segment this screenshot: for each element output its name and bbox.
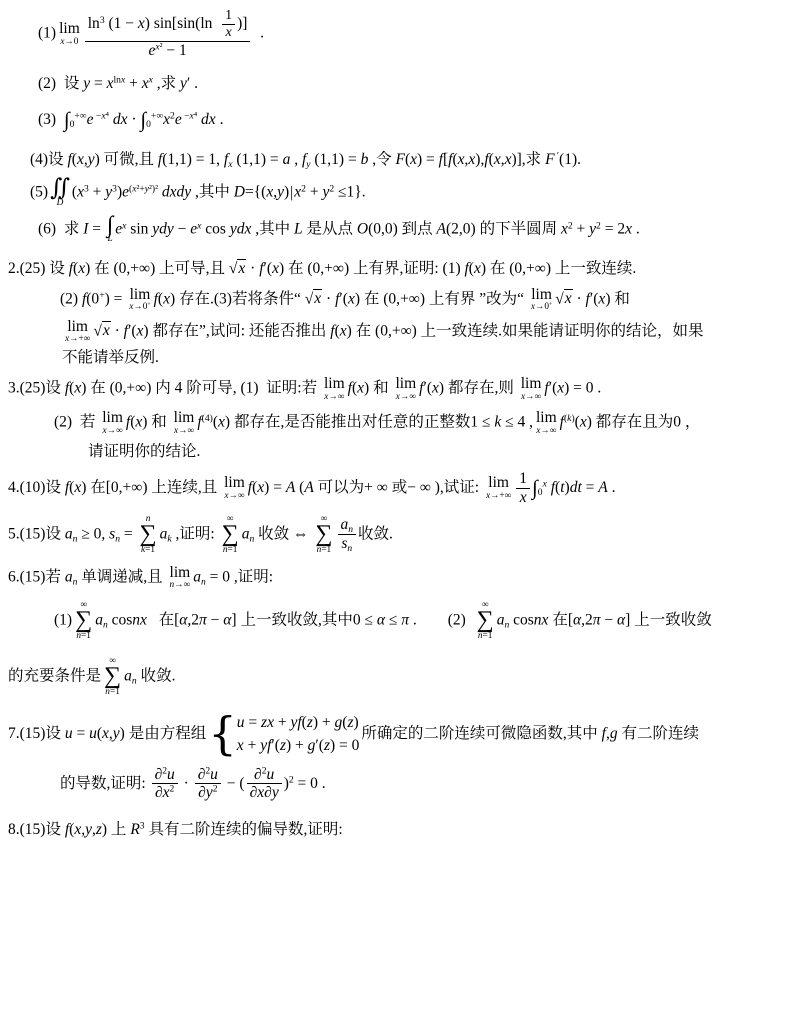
problem-4: 4.(10)设 f(x) 在[0,+∞) 上连续,且 limx→∞f(x) = … — [8, 470, 787, 507]
problem-3-continuation: 请证明你的结论. — [88, 442, 787, 462]
sub-problem-1-5: (5)∬D(x3 + y3)e(x²+y²)² dxdy ,其中 D={(x,y… — [30, 178, 787, 208]
problem-6-intro: 6.(15)若 an 单调递减,且 limn→∞an = 0 ,证明: — [8, 565, 787, 591]
problem-6-continuation: 的充要条件是∞∑n=1an 收敛. — [8, 657, 787, 697]
problem-8-intro: 8.(15)设 f(x,y,z) 上 R3 具有二阶连续的偏导数,证明: — [8, 820, 787, 840]
problem-7-continuation: 的导数,证明: ∂2u∂x2 · ∂2u∂y2 − (∂2u∂x∂y)2 = 0… — [60, 766, 787, 803]
problem-2-part-2-3: (2) f(0+) = limx→0+f(x) 存在.(3)若将条件“ √x ·… — [60, 287, 787, 313]
problem-2-continuation-2: 不能请举反例. — [62, 348, 787, 368]
problem-2-continuation-1: limx→+∞√x · f′(x) 都存在”,试问: 还能否推出 f(x) 在 … — [62, 319, 787, 345]
sub-problem-1-2: (2) 设 y = xlnx + xx ,求 y′ . — [38, 74, 787, 94]
problem-3-part-2: (2) 若 limx→∞f(x) 和 limx→∞f(4)(x) 都存在,是否能… — [54, 410, 787, 436]
sub-problem-1-1: (1)limx→0ln3 (1 − x) sin[sin(ln 1x)]ex² … — [38, 8, 787, 60]
document-page: (1)limx→0ln3 (1 − x) sin[sin(ln 1x)]ex² … — [0, 0, 793, 1020]
sub-problem-1-4: (4)设 f(x,y) 可微,且 f(1,1) = 1, fx (1,1) = … — [30, 150, 787, 170]
problem-2-intro: 2.(25) 设 f(x) 在 (0,+∞) 上可导,且 √x · f′(x) … — [8, 259, 787, 279]
problem-5: 5.(15)设 an ≥ 0, sn = n∑k=1ak ,证明: ∞∑n=1a… — [8, 515, 787, 555]
sub-problem-1-3: (3) ∫0+∞e −x⁴ dx · ∫0+∞x2e −x⁴ dx . — [38, 110, 787, 130]
problem-6-parts: (1)∞∑n=1an cosnx 在[α,2π − α] 上一致收敛,其中0 ≤… — [54, 601, 787, 641]
problem-7-intro: 7.(15)设 u = u(x,y) 是由方程组{u = zx + yf(z) … — [8, 711, 787, 758]
sub-problem-1-6: (6) 求 I = ∫Lex sin ydy − ex cos ydx ,其中 … — [38, 215, 787, 245]
problem-3-intro: 3.(25)设 f(x) 在 (0,+∞) 内 4 阶可导, (1) 证明:若 … — [8, 376, 787, 402]
